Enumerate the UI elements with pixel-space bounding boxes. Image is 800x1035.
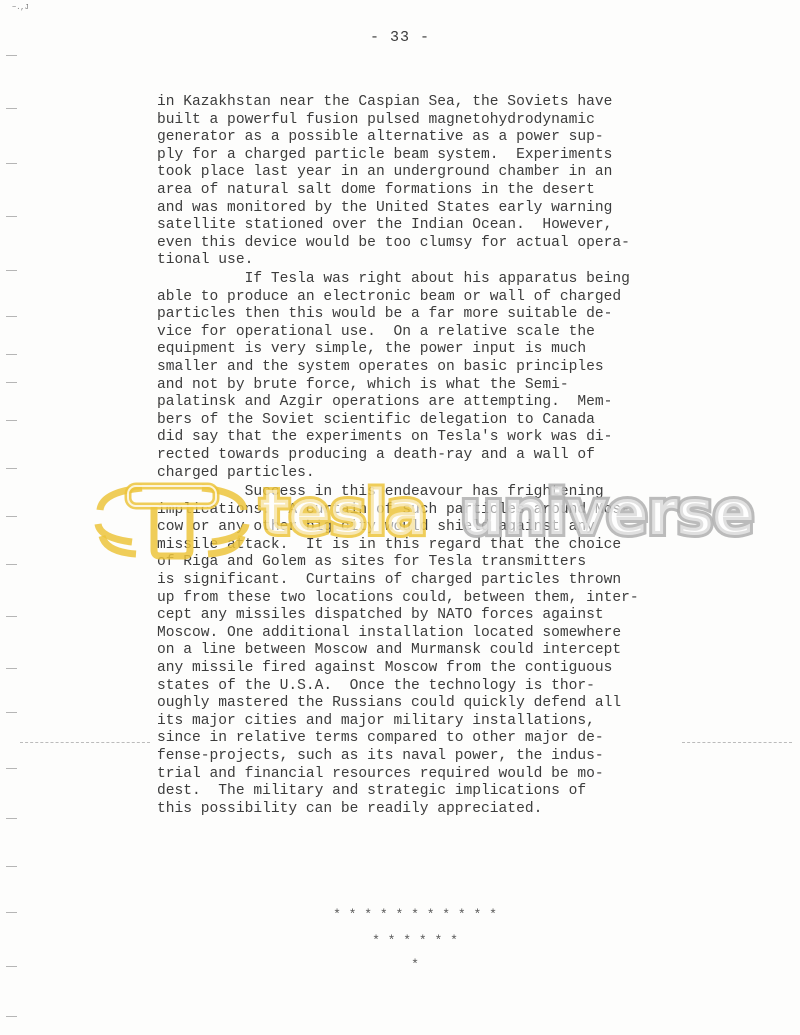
margin-tick bbox=[6, 108, 17, 109]
text-line: Success in this endeavour has frightenin… bbox=[157, 484, 717, 502]
document-page: ~.,J - 33 - in Kazakhstan near the Caspi… bbox=[0, 0, 800, 1035]
margin-tick bbox=[6, 163, 17, 164]
margin-tick bbox=[6, 616, 17, 617]
text-line: is significant. Curtains of charged part… bbox=[157, 572, 717, 590]
paragraph-3: Success in this endeavour has frightenin… bbox=[157, 484, 717, 818]
margin-tick bbox=[6, 1016, 17, 1017]
margin-tick bbox=[6, 866, 17, 867]
text-line: tional use. bbox=[157, 252, 717, 270]
text-line: built a powerful fusion pulsed magnetohy… bbox=[157, 112, 717, 130]
text-line: Moscow. One additional installation loca… bbox=[157, 625, 717, 643]
fold-line-left bbox=[20, 742, 150, 743]
margin-tick bbox=[6, 316, 17, 317]
text-line: any missile fired against Moscow from th… bbox=[157, 660, 717, 678]
margin-tick bbox=[6, 818, 17, 819]
text-line: able to produce an electronic beam or wa… bbox=[157, 289, 717, 307]
text-line: and not by brute force, which is what th… bbox=[157, 377, 717, 395]
text-line: did say that the experiments on Tesla's … bbox=[157, 429, 717, 447]
text-line: implications. A curtain of such particle… bbox=[157, 502, 717, 520]
text-line: satellite stationed over the Indian Ocea… bbox=[157, 217, 717, 235]
margin-tick bbox=[6, 354, 17, 355]
margin-tick bbox=[6, 564, 17, 565]
text-line: oughly mastered the Russians could quick… bbox=[157, 695, 717, 713]
margin-tick bbox=[6, 712, 17, 713]
text-line: equipment is very simple, the power inpu… bbox=[157, 341, 717, 359]
text-line: took place last year in an underground c… bbox=[157, 164, 717, 182]
text-line: particles then this would be a far more … bbox=[157, 306, 717, 324]
text-line: trial and financial resources required w… bbox=[157, 766, 717, 784]
text-line: fense-projects, such as its naval power,… bbox=[157, 748, 717, 766]
text-line: palatinsk and Azgir operations are attem… bbox=[157, 394, 717, 412]
text-line: and was monitored by the United States e… bbox=[157, 200, 717, 218]
text-line: rected towards producing a death-ray and… bbox=[157, 447, 717, 465]
text-line: in Kazakhstan near the Caspian Sea, the … bbox=[157, 94, 717, 112]
end-marks-row-2: * * * * * * bbox=[15, 933, 800, 948]
text-line: cow or any other big city would shield a… bbox=[157, 519, 717, 537]
text-line: this possibility can be readily apprecia… bbox=[157, 801, 717, 819]
text-line: charged particles. bbox=[157, 465, 717, 483]
text-line: vice for operational use. On a relative … bbox=[157, 324, 717, 342]
text-line: bers of the Soviet scientific delegation… bbox=[157, 412, 717, 430]
text-line: dest. The military and strategic implica… bbox=[157, 783, 717, 801]
end-marks-row-1: * * * * * * * * * * * bbox=[15, 907, 800, 922]
text-line: cept any missiles dispatched by NATO for… bbox=[157, 607, 717, 625]
text-line: If Tesla was right about his apparatus b… bbox=[157, 271, 717, 289]
page-number: - 33 - bbox=[0, 29, 800, 46]
text-line: of Riga and Golem as sites for Tesla tra… bbox=[157, 554, 717, 572]
text-line: its major cities and major military inst… bbox=[157, 713, 717, 731]
text-line: area of natural salt dome formations in … bbox=[157, 182, 717, 200]
margin-tick bbox=[6, 516, 17, 517]
text-line: smaller and the system operates on basic… bbox=[157, 359, 717, 377]
text-line: states of the U.S.A. Once the technology… bbox=[157, 678, 717, 696]
paragraph-1: in Kazakhstan near the Caspian Sea, the … bbox=[157, 94, 717, 270]
margin-tick bbox=[6, 55, 17, 56]
fold-line-right bbox=[682, 742, 792, 743]
text-line: ply for a charged particle beam system. … bbox=[157, 147, 717, 165]
margin-tick bbox=[6, 420, 17, 421]
margin-tick bbox=[6, 270, 17, 271]
paragraph-2: If Tesla was right about his apparatus b… bbox=[157, 271, 717, 482]
margin-tick bbox=[6, 768, 17, 769]
text-line: missile attack. It is in this regard tha… bbox=[157, 537, 717, 555]
margin-tick bbox=[6, 468, 17, 469]
text-line: on a line between Moscow and Murmansk co… bbox=[157, 642, 717, 660]
text-line: since in relative terms compared to othe… bbox=[157, 730, 717, 748]
corner-mark: ~.,J bbox=[12, 4, 29, 12]
text-line: up from these two locations could, betwe… bbox=[157, 590, 717, 608]
margin-tick bbox=[6, 668, 17, 669]
text-line: even this device would be too clumsy for… bbox=[157, 235, 717, 253]
margin-tick bbox=[6, 382, 17, 383]
text-line: generator as a possible alternative as a… bbox=[157, 129, 717, 147]
end-marks-row-3: * bbox=[15, 957, 800, 972]
margin-tick bbox=[6, 216, 17, 217]
